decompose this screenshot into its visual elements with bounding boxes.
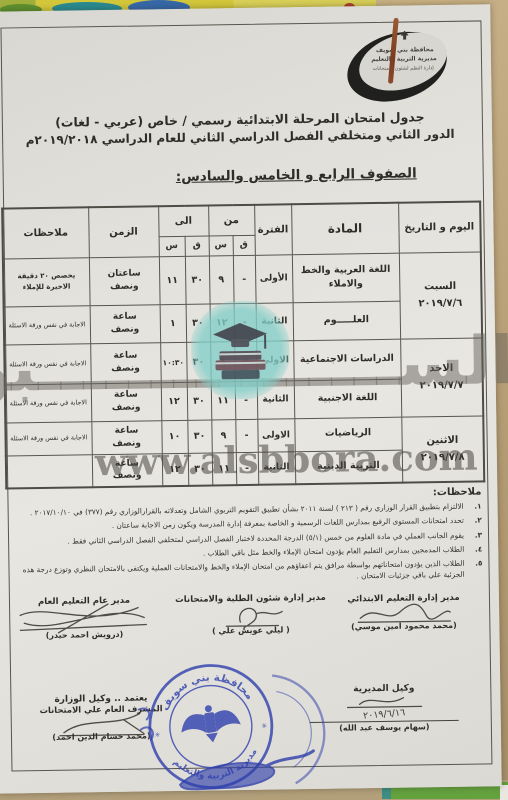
subcol-to-minutes: ق	[185, 236, 209, 256]
note-text: الطلاب الذين يؤدون امتحاناتهم بواسطة مرا…	[8, 558, 464, 587]
note-number: ٣.	[470, 529, 482, 540]
stamp-eagle-icon	[178, 701, 243, 746]
signature-title: مدير إدارة شئون الطلبة والامتحانات	[163, 593, 338, 606]
logo-line-2: مديرية التربية والتعليم	[371, 55, 437, 63]
signature-block-students-affairs-director: مدير إدارة شئون الطلبة والامتحانات ( ليل…	[163, 593, 339, 637]
books-and-cap-icon	[191, 300, 290, 399]
col-header-from: من	[208, 205, 254, 236]
signature-block-primary-education-director: مدير إدارة التعليم الابتدائي (محمد محمود…	[326, 593, 482, 632]
document-paper: محافظة بني سويف مديرية التربية والتعليم …	[0, 4, 502, 793]
signature-block-general-education-director: مدير عام التعليم العام (درويش احمد حيدر)	[9, 595, 160, 640]
col-header-notes: ملاحظات	[2, 207, 89, 258]
blue-ink-mark	[133, 703, 164, 743]
note-number: ٤.	[470, 543, 482, 554]
note-text: تحدد امتحانات المستوى الرفيع بمدارس اللغ…	[112, 515, 464, 532]
period-cell: الأولى	[255, 254, 293, 303]
note-cell	[6, 454, 92, 488]
subcol-to-hours: س	[159, 236, 185, 256]
to-hours-cell: ١١	[159, 256, 186, 304]
alsbbora-watermark-logo	[191, 300, 290, 399]
subcol-from-hours: س	[209, 235, 233, 255]
note-number: ٥.	[470, 558, 482, 581]
col-header-period: الفترة	[254, 204, 292, 255]
day-name: السبت	[402, 278, 479, 296]
note-cell: الاجابة في نفس ورقة الاسئلة	[5, 421, 91, 455]
photographed-exam-schedule: محافظة بني سويف مديرية التربية والتعليم …	[0, 0, 508, 800]
note-number: ١.	[470, 500, 482, 511]
note-text: الطلاب المدمجين بمدارس التعليم العام يؤد…	[203, 544, 464, 559]
note-number: ٢.	[470, 515, 482, 526]
alsbbora-watermark-url: www.alsbbora.com	[95, 435, 478, 485]
signature-title: مدير إدارة التعليم الابتدائي	[326, 593, 481, 605]
from-hours-cell: ٩	[209, 255, 234, 303]
subject-cell: اللغة العربية والخط والاملاء	[292, 253, 400, 303]
logo-line-3: إدارة النظم لشئون الامتحانات	[372, 65, 434, 72]
crescent-logo-icon: محافظة بني سويف مديرية التربية والتعليم …	[343, 27, 454, 107]
logo-line-1: محافظة بني سويف	[376, 46, 434, 54]
background-bottom-paper-sliver	[500, 785, 508, 800]
to-minutes-cell: ٣٠	[185, 256, 210, 304]
table-row: السبت ٢٠١٩/٧/٦ اللغة العربية والخط والام…	[3, 251, 482, 306]
note-cell: يخصص ٢٠ دقيقة الاخيرة للإملاء	[3, 257, 90, 306]
col-header-duration: الزمن	[88, 206, 159, 257]
day-date: ٢٠١٩/٧/٦	[402, 295, 479, 313]
from-minutes-cell: -	[233, 255, 256, 303]
col-header-subject: المادة	[291, 203, 399, 255]
directorate-logo: محافظة بني سويف مديرية التربية والتعليم …	[343, 27, 454, 107]
note-item: ٥. الطلاب الذين يؤدون امتحاناتهم بواسطة …	[8, 558, 482, 588]
col-header-to: الى	[158, 206, 208, 237]
duration-cell: ساعتان ونصف	[89, 256, 160, 305]
notes-section: ملاحظات: ١. الالتزام بتطبيق القرار الوزا…	[7, 486, 482, 590]
col-header-day: اليوم و التاريخ	[398, 201, 481, 252]
subcol-from-minutes: ق	[233, 235, 255, 255]
ink-mark-icon	[133, 703, 164, 743]
